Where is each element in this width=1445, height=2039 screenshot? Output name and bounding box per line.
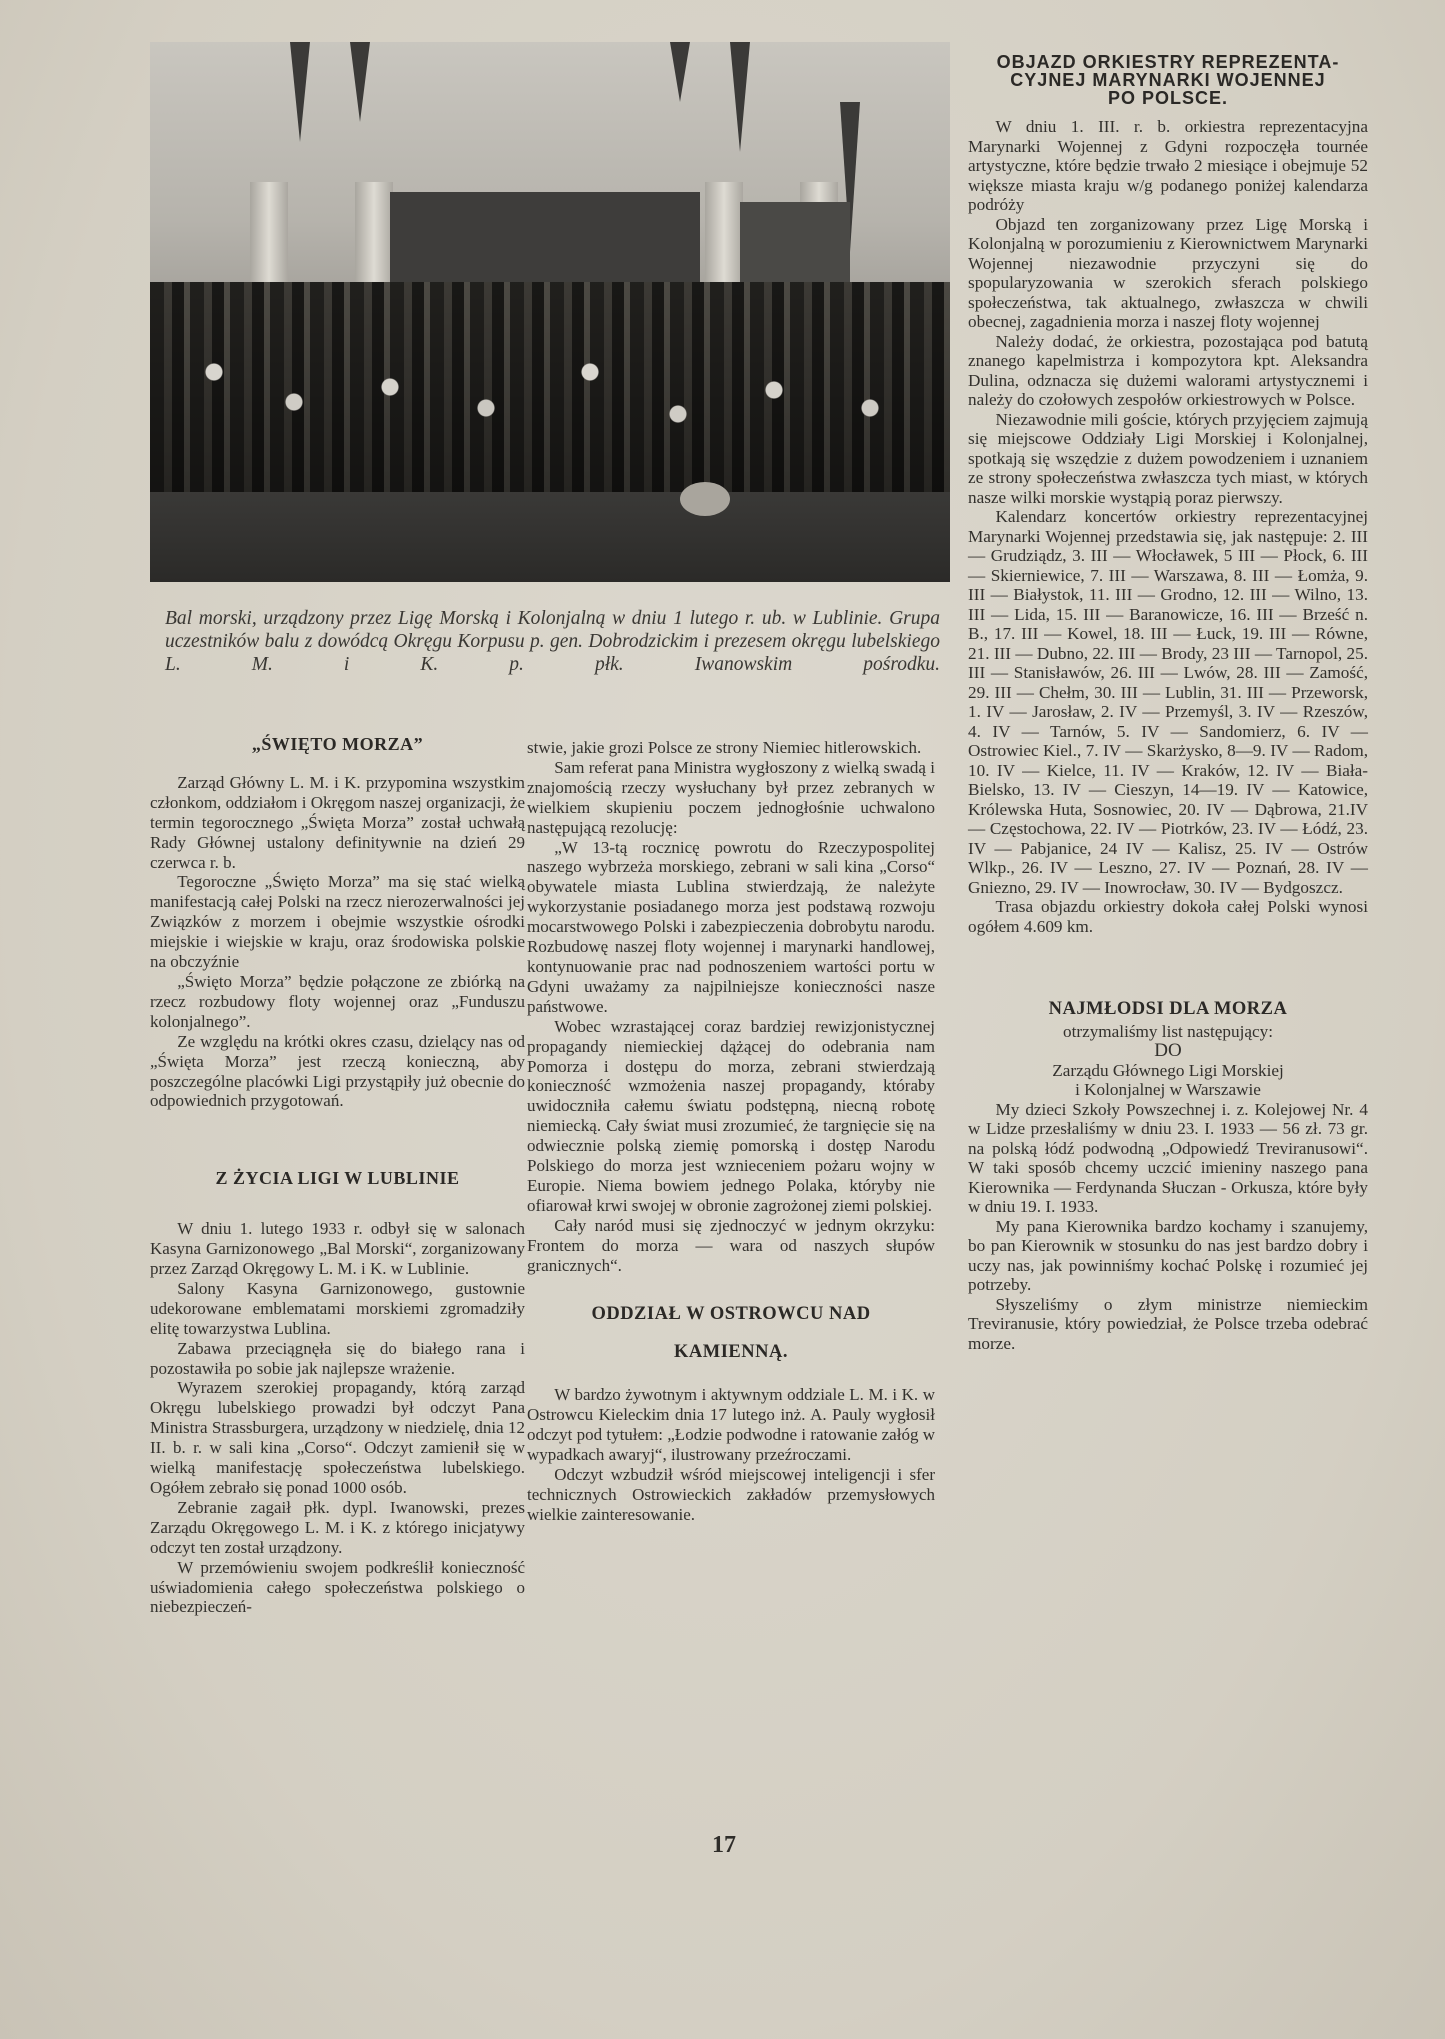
page-number: 17 [712,1832,736,1859]
paragraph: Trasa objazdu orkiestry dokoła całej Pol… [968,897,1368,936]
paragraph-continued: stwie, jakie grozi Polsce ze strony Niem… [527,738,935,758]
paragraph: Zarząd Główny L. M. i K. przypomina wszy… [150,773,525,873]
resolution-paragraph: Cały naród musi się zjednoczyć w jednym … [527,1216,935,1276]
heading-line: CYJNEJ MARYNARKI WOJENNEJ [968,71,1368,89]
paragraph: Zebranie zagaił płk. dypl. Iwanowski, pr… [150,1498,525,1558]
ball-group-photo [150,42,950,582]
paragraph: Ze względu na krótki okres czasu, dzielą… [150,1032,525,1112]
letter-intro: otrzymaliśmy list następujący: [968,1022,1368,1042]
letter-paragraph: My dzieci Szkoły Powszechnej i. z. Kolej… [968,1100,1368,1217]
paragraph: Objazd ten zorganizowany przez Ligę Mors… [968,215,1368,332]
column-right: OBJAZD ORKIESTRY REPREZENTA- CYJNEJ MARY… [968,53,1368,1353]
letter-address: i Kolonjalnej w Warszawie [968,1080,1368,1100]
letter-address: Zarządu Głównego Ligi Morskiej [968,1061,1368,1081]
floor [150,492,950,582]
paragraph: Zabawa przeciągnęła się do białego rana … [150,1339,525,1379]
letter-paragraph: Słyszeliśmy o złym ministrze niemieckim … [968,1295,1368,1354]
heading-line: ODDZIAŁ W OSTROWCU NAD [527,1295,935,1333]
paragraph: Tegoroczne „Święto Morza” ma się stać wi… [150,872,525,972]
paragraph: W przemówieniu swojem podkreślił koniecz… [150,1558,525,1618]
heading-swieto-morza: „ŚWIĘTO MORZA” [150,735,525,755]
paragraph: Salony Kasyna Garnizonowego, gustownie u… [150,1279,525,1339]
column-middle: stwie, jakie grozi Polsce ze strony Niem… [527,738,935,1525]
resolution-paragraph: „W 13-tą rocznicę powrotu do Rzeczypospo… [527,838,935,1017]
column-left: „ŚWIĘTO MORZA” Zarząd Główny L. M. i K. … [150,735,525,1617]
lute-icon [680,482,730,516]
heading-line: KAMIENNĄ. [527,1333,935,1371]
paragraph: Odczyt wzbudził wśród miejscowej intelig… [527,1465,935,1525]
concert-calendar: Kalendarz koncertów orkiestry reprezenta… [968,507,1368,897]
heading-oddzial-ostrowiec: ODDZIAŁ W OSTROWCU NAD KAMIENNĄ. [527,1295,935,1371]
letter-addressee-label: DO [968,1041,1368,1061]
paragraph: W dniu 1. lutego 1933 r. odbył się w sal… [150,1219,525,1279]
paragraph: Niezawodnie mili goście, których przyjęc… [968,410,1368,508]
paragraph: „Święto Morza” będzie połączone ze zbiór… [150,972,525,1032]
heading-line: PO POLSCE. [968,89,1368,107]
heading-z-zycia-ligi: Z ŻYCIA LIGI W LUBLINIE [150,1169,525,1189]
heading-objazd-orkiestry: OBJAZD ORKIESTRY REPREZENTA- CYJNEJ MARY… [968,53,1368,107]
paragraph: Wyrazem szerokiej propagandy, którą zarz… [150,1378,525,1497]
photo-caption: Bal morski, urządzony przez Ligę Morską … [165,607,940,676]
letter-paragraph: My pana Kierownika bardzo kochamy i szan… [968,1217,1368,1295]
paragraph: Sam referat pana Ministra wygłoszony z w… [527,758,935,838]
paragraph: W bardzo żywotnym i aktywnym oddziale L.… [527,1385,935,1465]
heading-najmlodsi: NAJMŁODSI DLA MORZA [968,1000,1368,1020]
heading-line: OBJAZD ORKIESTRY REPREZENTA- [968,53,1368,71]
paragraph: W dniu 1. III. r. b. orkiestra reprezent… [968,117,1368,215]
resolution-paragraph: Wobec wzrastającej coraz bardziej rewizj… [527,1017,935,1216]
paragraph: Należy dodać, że orkiestra, pozostająca … [968,332,1368,410]
